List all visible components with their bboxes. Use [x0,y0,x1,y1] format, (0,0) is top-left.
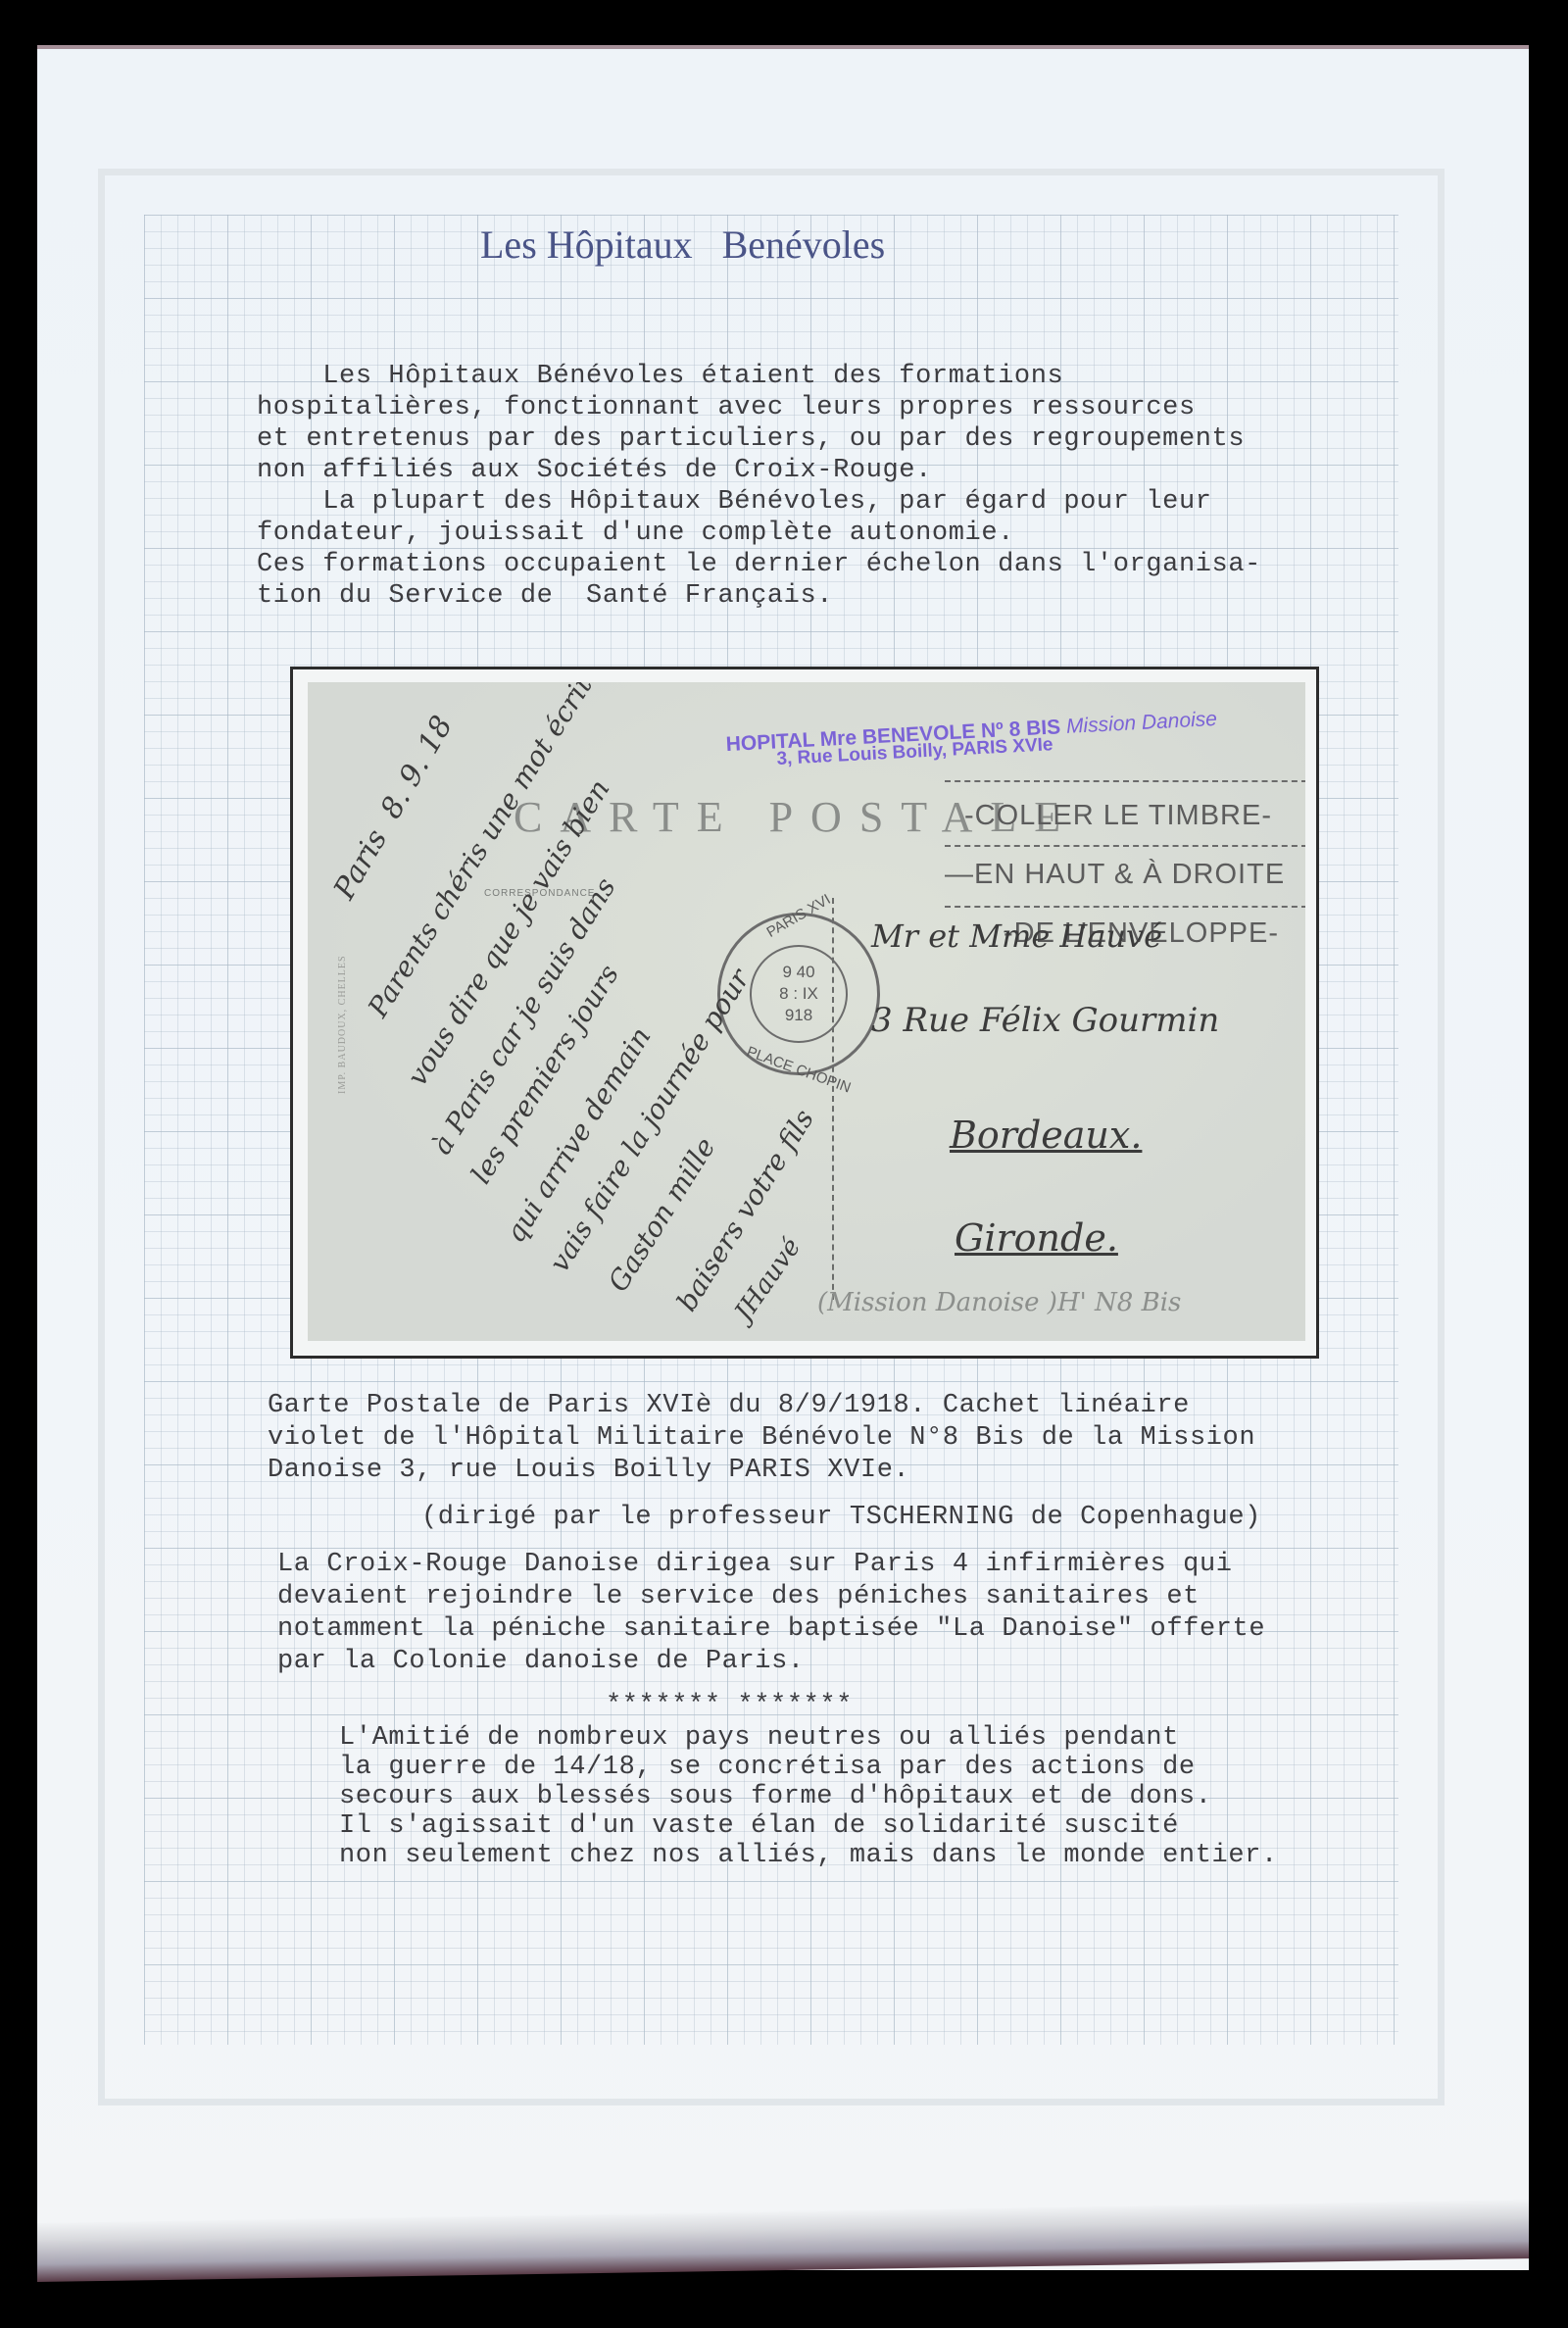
printer-mark: IMP. BAUDOUX, CHELLES [337,955,348,1094]
danish-red-cross-paragraph: La Croix-Rouge Danoise dirigea sur Paris… [277,1549,1265,1678]
text-line: Ces formations occupaient le dernier éch… [257,549,1261,580]
text-line: L'Amitié de nombreux pays neutres ou all… [339,1723,1278,1753]
text-line: fondateur, jouissait d'une complète auto… [257,518,1261,549]
intro-paragraph: Les Hôpitaux Bénévoles étaient des forma… [257,361,1261,612]
text-line: la guerre de 14/18, se concrétisa par de… [339,1753,1278,1782]
directed-by-note: (dirigé par le professeur TSCHERNING de … [421,1502,1261,1533]
violet-cachet-line1: HOPITAL Mre BENEVOLE Nº 8 BIS Mission Da… [690,684,1219,782]
address-line-1: Mr et Mme Hauvé [871,917,1162,955]
text-line: et entretenus par des particuliers, ou p… [257,423,1261,455]
text-line: La plupart des Hôpitaux Bénévoles, par é… [257,486,1261,518]
text-line: notamment la péniche sanitaire baptisée … [277,1613,1265,1646]
text-line: Danoise 3, rue Louis Boilly PARIS XVIe. [268,1455,1255,1487]
text-line: non seulement chez nos alliés, mais dans… [339,1841,1278,1870]
text-line: Les Hôpitaux Bénévoles étaient des forma… [257,361,1261,392]
separator-stars: ******* ******* [606,1690,853,1721]
postcard-caption: Garte Postale de Paris XVIè du 8/9/1918.… [268,1390,1255,1487]
flag-line-1: -COLLER LE TIMBRE- [964,800,1272,832]
text-line: non affiliés aux Sociétés de Croix-Rouge… [257,455,1261,486]
address-line-2: 3 Rue Félix Gourmin [871,1001,1219,1040]
text-line: secours aux blessés sous forme d'hôpitau… [339,1782,1278,1811]
postcard: CARTE POSTALE CORRESPONDANCE IMP. BAUDOU… [308,682,1305,1341]
postmark-year: 918 [720,1006,877,1025]
text-line: Garte Postale de Paris XVIè du 8/9/1918.… [268,1390,1255,1422]
text-line: hospitalières, fonctionnant avec leurs p… [257,392,1261,423]
address-line-3: Bordeaux. [950,1114,1142,1157]
pencil-annotation: (Mission Danoise )H' N8 Bis [817,1288,1181,1317]
postmark-place: PLACE CHOPIN [722,1035,875,1105]
postcard-mount: CARTE POSTALE CORRESPONDANCE IMP. BAUDOU… [290,667,1319,1359]
text-line: Il s'agissait d'un vaste élan de solidar… [339,1811,1278,1841]
text-line: devaient rejoindre le service des pénich… [277,1581,1265,1613]
text-line: La Croix-Rouge Danoise dirigea sur Paris… [277,1549,1265,1581]
text-line: violet de l'Hôpital Militaire Bénévole N… [268,1422,1255,1455]
handwritten-date: Paris 8. 9. 18 [327,710,460,905]
address-line-4: Gironde. [955,1216,1118,1260]
cachet-italic-text: Mission Danoise [1065,708,1217,738]
text-line: tion du Service de Santé Français. [257,580,1261,612]
amitie-paragraph: L'Amitié de nombreux pays neutres ou all… [339,1723,1278,1870]
flag-line-2: —EN HAUT & À DROITE [945,859,1285,891]
text-line: par la Colonie danoise de Paris. [277,1646,1265,1678]
page-title: Les Hôpitaux Benévoles [480,222,885,268]
